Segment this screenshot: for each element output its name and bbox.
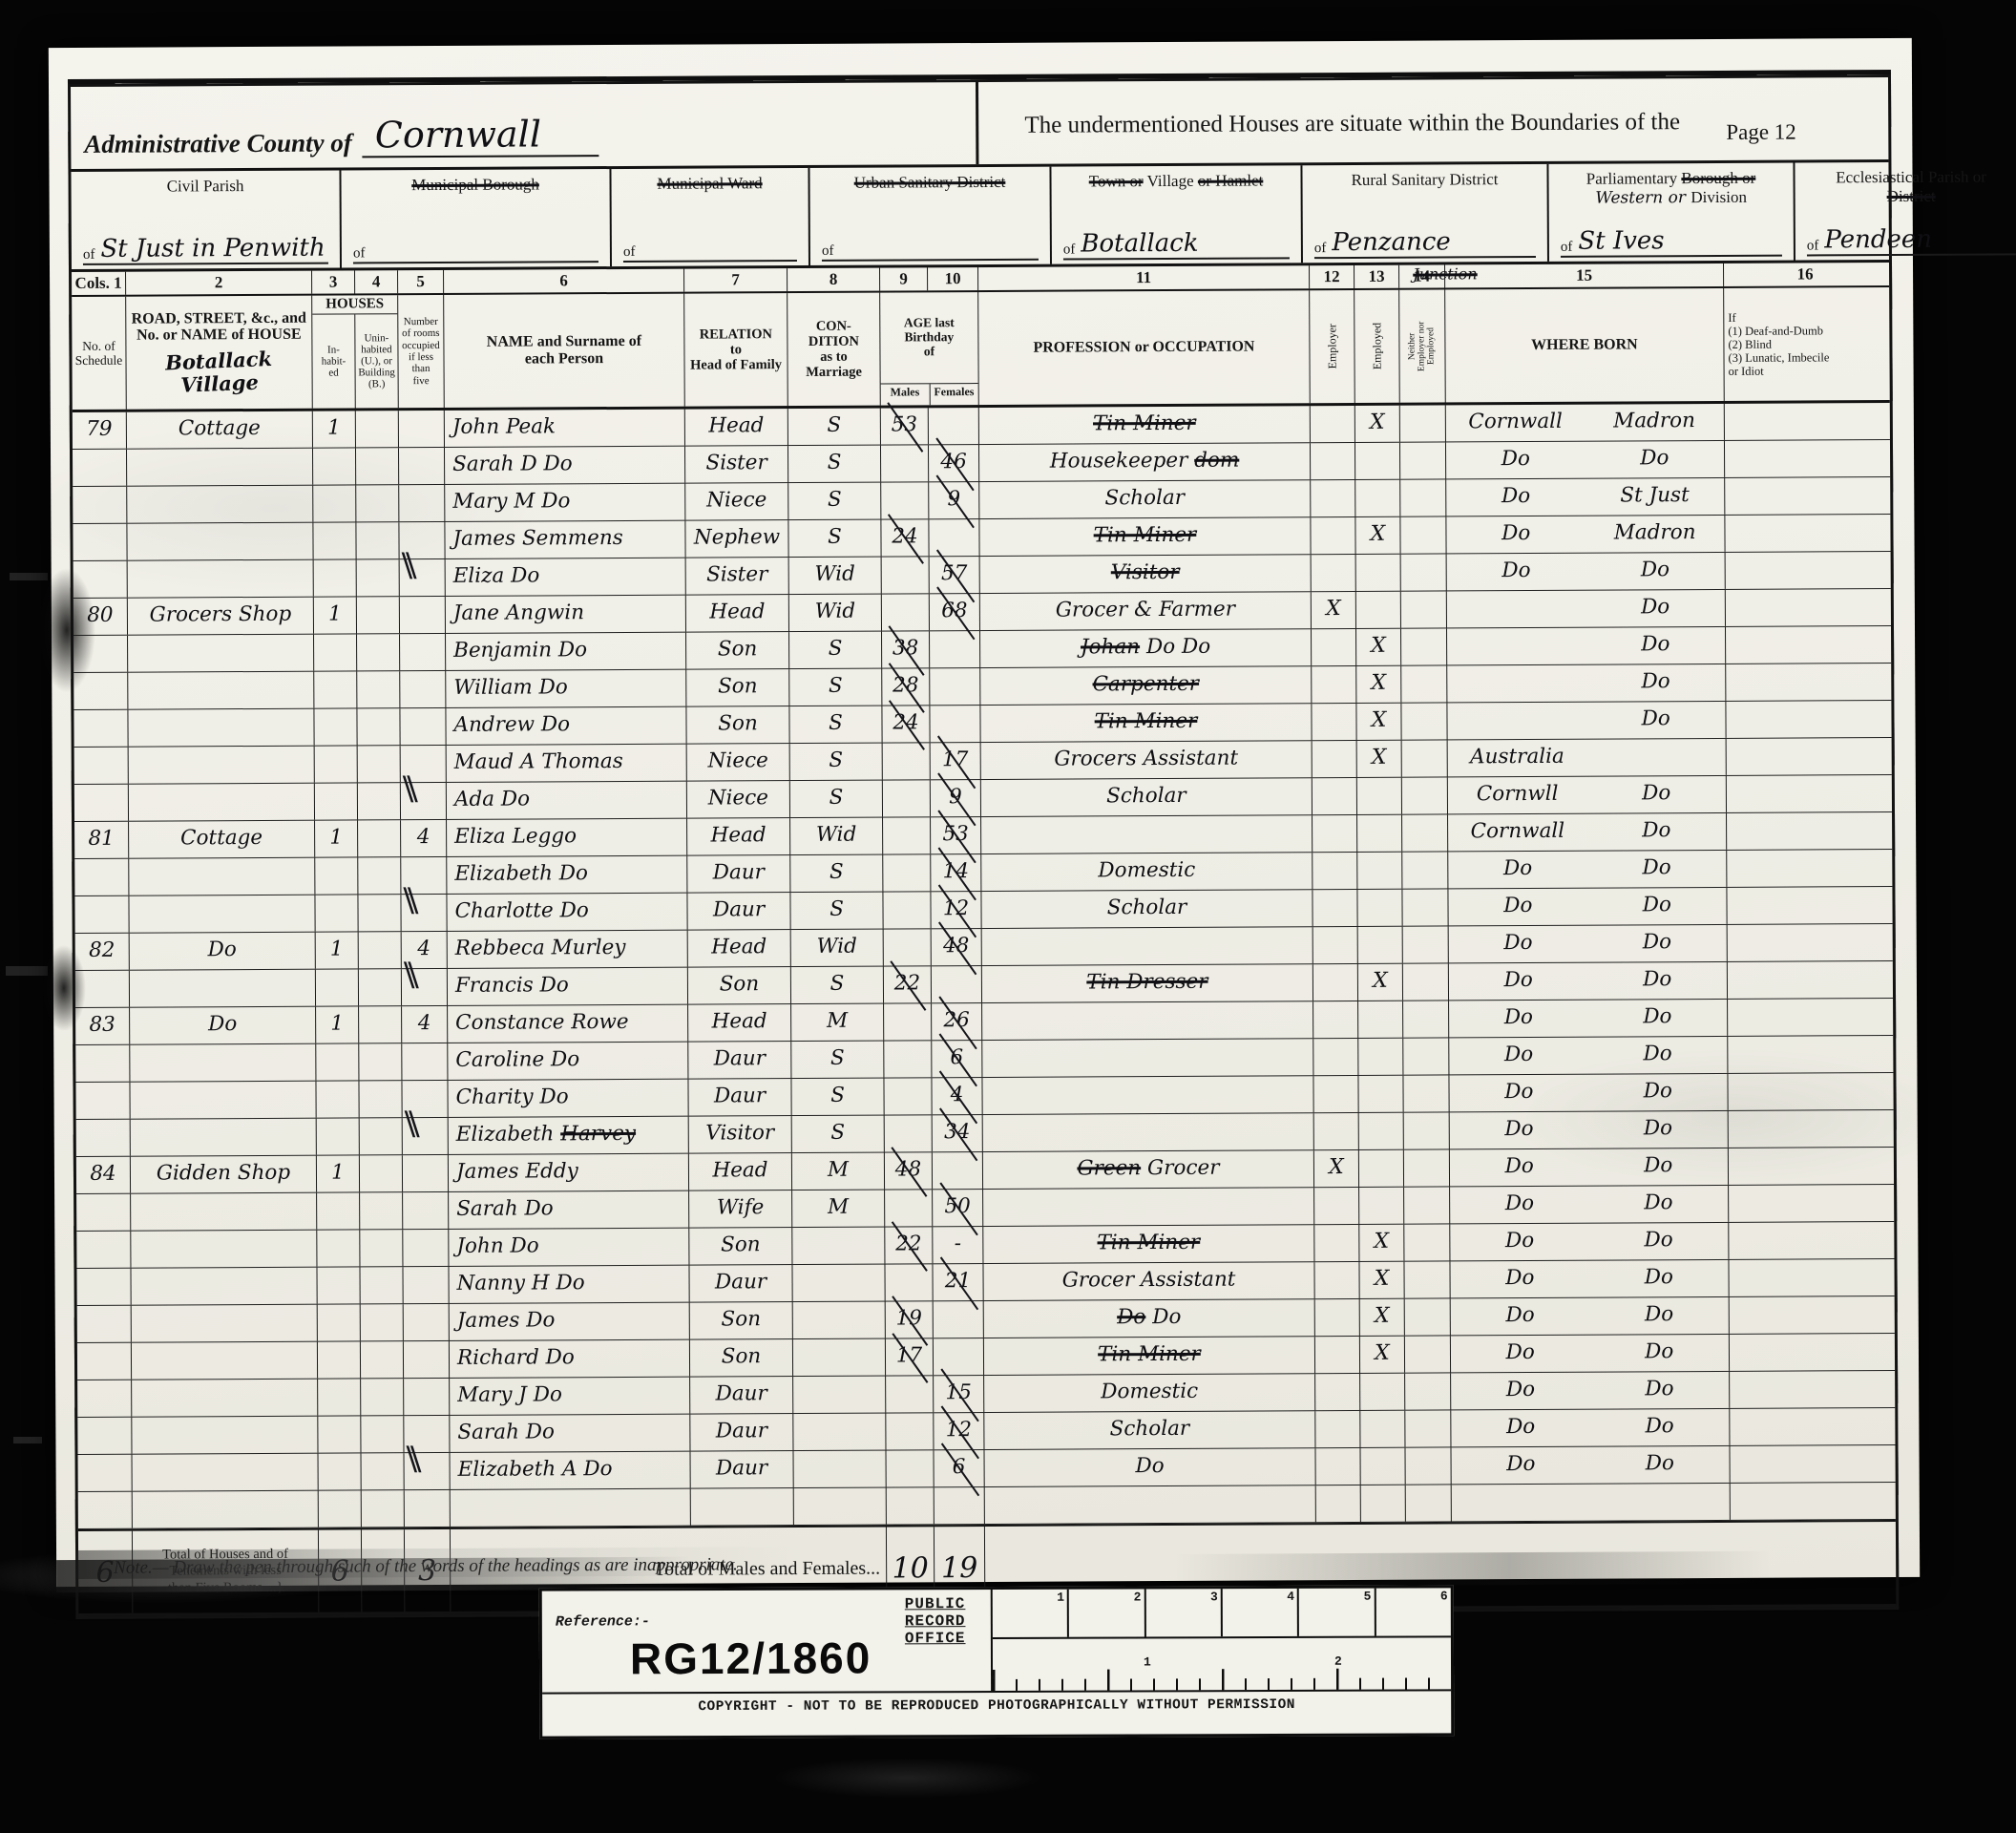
cell-relation: Nephew (685, 520, 788, 558)
cell-uninhabited (360, 1155, 403, 1191)
cell-road: Cottage (127, 411, 313, 449)
cell-employer (1315, 1299, 1360, 1336)
handwritten-text: Sarah D Do (452, 452, 573, 476)
cell-condition: S (788, 409, 881, 446)
cell-road: Grocers Shop (128, 598, 314, 635)
cell-inhabited (318, 1304, 361, 1340)
cell-relation: Son (686, 669, 789, 706)
cell-uninhabited (362, 1453, 405, 1489)
cell-age-female: 6 (934, 1450, 984, 1486)
cell-condition (793, 1339, 886, 1377)
born-county: Do (1450, 1261, 1589, 1298)
cell-condition: S (791, 967, 884, 1004)
cell-road (131, 1193, 317, 1231)
cell-employer (1312, 629, 1356, 665)
ruler-cm-cell: 1 (993, 1590, 1070, 1637)
cell-rooms: 4 (402, 1006, 448, 1043)
cell-condition (794, 1488, 887, 1526)
column-number: 12 (1310, 265, 1354, 288)
cell-road (129, 784, 315, 821)
handwritten-text: Do (1135, 1454, 1164, 1478)
cell-neither (1404, 1261, 1450, 1297)
county-value: Cornwall (362, 113, 598, 158)
cell-occupation: Scholar (981, 890, 1312, 928)
cell-uninhabited (356, 411, 399, 447)
cell-neither (1400, 442, 1446, 478)
cell-rooms: \\ (401, 783, 447, 819)
cell-rooms: 4 (401, 820, 447, 856)
district-box: Parliamentary Borough or Western or Divi… (1548, 163, 1795, 262)
district-label: Town or Village or Hamlet (1059, 171, 1292, 191)
handwritten-text: Do (1146, 635, 1175, 659)
cell-where-born: DoDo (1450, 1111, 1729, 1149)
cell-neither (1404, 1187, 1450, 1223)
cell-employed (1358, 1039, 1403, 1075)
cell-relation: Daur (689, 1265, 792, 1302)
district-label: Urban Sanitary District (817, 173, 1041, 193)
born-place: Do (1586, 776, 1726, 813)
cell-occupation: Tin Miner (979, 406, 1311, 444)
born-county: Do (1449, 926, 1588, 963)
born-county: Do (1450, 1224, 1589, 1261)
born-county: Do (1449, 1001, 1588, 1038)
cell-infirmities (1727, 850, 1889, 887)
district-of-line: of (822, 230, 1039, 262)
cell-inhabited (314, 559, 357, 596)
column-number: 10 (928, 267, 978, 290)
cell-occupation: Carpenter (980, 666, 1312, 705)
district-value: St Just in Penwith (100, 234, 325, 263)
column-number: 11 (978, 265, 1310, 290)
houses-title: HOUSES (312, 295, 397, 314)
of-word: of (623, 244, 636, 261)
handwritten-text: Tin Miner (1093, 411, 1196, 436)
reference-number: RG12/1860 (630, 1632, 871, 1684)
cell-condition: S (789, 706, 882, 744)
cell-schedule (74, 785, 129, 821)
handwritten-text: Mary J Do (457, 1382, 562, 1407)
cell-relation: Niece (687, 781, 790, 818)
cell-employer: X (1314, 1150, 1359, 1187)
handwritten-text: Ada Do (454, 787, 530, 811)
cell-age-male (883, 743, 931, 779)
district-of-line: ofPendeen (1807, 224, 2016, 256)
cell-name: Mary M Do (445, 484, 685, 521)
cell-uninhabited (356, 485, 399, 521)
cell-condition (792, 1265, 885, 1302)
cell-condition (794, 1451, 887, 1488)
district-of-line: ofSt Just in Penwith (83, 234, 328, 265)
ruler-cm-cell: 4 (1223, 1589, 1300, 1636)
cell-condition: Wid (791, 930, 884, 967)
cell-inhabited (315, 783, 358, 819)
cell-name: Elizabeth Harvey (449, 1117, 689, 1154)
cell-occupation: Grocer & Farmer (980, 592, 1312, 630)
cell-relation: Visitor (689, 1116, 792, 1153)
district-of-line: of (623, 231, 797, 263)
handwritten-text: Tin Miner (1094, 523, 1197, 548)
handwritten-text: Sarah Do (456, 1196, 554, 1221)
cell-occupation (982, 1076, 1313, 1114)
district-label-line: Municipal Ward (619, 174, 800, 194)
cell-schedule: 80 (73, 599, 128, 635)
cell-road (132, 1380, 318, 1417)
cell-occupation: Do (984, 1448, 1315, 1486)
cell-employer (1312, 555, 1356, 591)
cell-infirmities (1730, 1445, 1892, 1483)
cell-name: Eliza Leggo (447, 819, 687, 856)
houses-group-header: HOUSES In- habit- ed Unin- habited (U.),… (312, 295, 399, 408)
cell-road (129, 747, 315, 784)
born-place: Do (1587, 851, 1727, 888)
cell-age-male: 53 (881, 408, 929, 444)
cell-condition: Wid (790, 818, 883, 855)
cell-neither (1402, 740, 1448, 776)
cell-relation: Son (689, 1228, 792, 1265)
district-label: Parliamentary Borough or Western or Divi… (1556, 169, 1785, 208)
cell-where-born: DoDo (1451, 1372, 1730, 1410)
cell-occupation: Johan Do Do (980, 629, 1312, 667)
cell-age-male (884, 1003, 932, 1040)
cell-condition: Wid (789, 595, 882, 632)
cell-neither (1403, 963, 1449, 1000)
born-place: Do (1590, 1446, 1730, 1484)
cell-condition (793, 1414, 886, 1451)
cell-name: William Do (446, 670, 686, 707)
cell-age-male (886, 1413, 934, 1449)
cell-neither (1403, 1038, 1449, 1074)
cell-employed (1355, 480, 1400, 516)
born-place: Do (1590, 1372, 1730, 1409)
ruler-cm-row: 123456 (993, 1588, 1451, 1638)
cell-condition: M (792, 1153, 885, 1190)
cell-relation: Daur (688, 1079, 791, 1116)
cell-neither (1401, 628, 1447, 664)
cell-road (129, 895, 315, 933)
born-place: Do (1587, 813, 1727, 851)
cell-uninhabited (360, 1267, 403, 1303)
cell-condition: S (788, 483, 881, 520)
cell-age-male (886, 1450, 934, 1486)
cell-employed: X (1360, 1337, 1405, 1373)
cell-inhabited: 1 (317, 1155, 360, 1191)
household-end-mark: \\ (402, 548, 410, 582)
cell-name: Charlotte Do (447, 894, 687, 931)
district-label-line: Municipal Borough (349, 175, 602, 195)
cell-employed (1357, 853, 1402, 889)
cell-where-born: DoDo (1450, 1186, 1729, 1224)
cell-infirmities (1728, 999, 1890, 1036)
cell-age-female: 21 (933, 1264, 983, 1300)
cell-uninhabited (359, 1081, 402, 1117)
cell-infirmities (1729, 1185, 1891, 1222)
cell-age-male (884, 1041, 932, 1077)
cell-schedule: 82 (75, 934, 130, 970)
handwritten-text: Village (1147, 172, 1194, 190)
handwritten-text: Grocers Assistant (1054, 747, 1238, 771)
handwritten-text: Andrew Do (453, 712, 570, 737)
of-word: of (1561, 240, 1573, 256)
handwritten-text: Tin Dresser (1086, 970, 1207, 995)
cell-road (130, 1044, 316, 1082)
cell-infirmities (1728, 961, 1890, 999)
of-word: of (1063, 242, 1076, 258)
ruler-cm-cell: 3 (1145, 1589, 1223, 1636)
cell-road (127, 486, 313, 523)
cell-age-male (883, 817, 931, 853)
cell-schedule (73, 673, 128, 709)
col-name-header: NAME and Surname of each Person (444, 294, 685, 408)
column-number: 16 (1724, 263, 1886, 286)
handwritten-text: Benjamin Do (453, 638, 587, 663)
col-whereborn-header: WHERE BORN (1445, 288, 1725, 403)
road-header-label: ROAD, STREET, &c., and No. or NAME of HO… (132, 309, 306, 345)
district-label-line: Ecclesiastical Parish or (1802, 167, 2016, 187)
cell-neither (1405, 1298, 1451, 1335)
cell-neither (1402, 777, 1448, 813)
cell-employed (1357, 890, 1402, 926)
column-number: 2 (126, 271, 312, 295)
col-condition-header: CON- DITION as to Marriage (787, 293, 881, 407)
handwritten-text: Civil Parish (167, 177, 244, 195)
born-county: Do (1446, 442, 1585, 479)
cell-occupation: Tin Dresser (982, 964, 1313, 1002)
handwritten-text: Municipal Ward (657, 174, 762, 193)
district-box: Ecclesiastical Parish or District ofPend… (1795, 161, 2016, 260)
cell-employed (1360, 1374, 1405, 1410)
col-uninhabited-header: Unin- habited (U.), or Building (B.) (355, 314, 398, 408)
cell-employer (1312, 666, 1356, 703)
handwritten-text: Visitor (1111, 560, 1180, 584)
cell-occupation: Scholar (981, 778, 1312, 816)
cell-schedule (74, 748, 129, 784)
cell-inhabited (314, 634, 357, 670)
cell-infirmities (1729, 1148, 1891, 1185)
cell-inhabited: 1 (313, 411, 356, 447)
cell-rooms (404, 1341, 450, 1378)
cell-employer (1315, 1448, 1360, 1485)
cell-age-female (930, 668, 980, 705)
cell-employed: X (1359, 1262, 1404, 1298)
column-number: 13 (1354, 265, 1399, 288)
cell-road (127, 523, 313, 560)
born-place: Do (1589, 1223, 1729, 1260)
handwritten-text: Tin Miner (1098, 1342, 1201, 1367)
cell-name: James Do (450, 1303, 690, 1340)
cell-uninhabited (358, 857, 401, 894)
handwritten-text: Eliza Leggo (454, 824, 577, 849)
cell-condition (793, 1302, 886, 1339)
film-scratch (13, 1437, 42, 1443)
cell-neither (1400, 405, 1446, 441)
district-label-line: Parliamentary Borough or (1556, 169, 1785, 189)
cell-infirmities (1727, 738, 1889, 775)
cell-schedule (73, 487, 127, 523)
cell-employer (1312, 815, 1357, 852)
district-value: Pendeen (1824, 225, 1932, 255)
cell-name: Constance Rowe (448, 1005, 688, 1043)
handwritten-text: Elizabeth (456, 1122, 555, 1147)
born-place: Do (1588, 1074, 1728, 1111)
cell-neither (1403, 926, 1449, 962)
cell-where-born: DoSt Just (1446, 478, 1725, 516)
cell-condition: S (791, 1042, 884, 1079)
cell-name: Elizabeth Do (447, 856, 687, 894)
cell-name: Eliza Do (446, 558, 686, 596)
handwritten-text: Urban Sanitary District (854, 173, 1006, 192)
handwritten-text: Tin Miner (1095, 709, 1198, 734)
cell-relation: Daur (690, 1377, 793, 1414)
born-place: Do (1588, 1037, 1728, 1074)
cell-rooms (399, 411, 445, 447)
cell-where-born: DoDo (1449, 962, 1728, 1001)
cell-age-male (884, 1078, 932, 1114)
born-county: Do (1448, 852, 1587, 889)
cell-inhabited (317, 1118, 360, 1154)
cell-rooms (403, 1267, 449, 1303)
cell-relation: Daur (688, 1042, 791, 1079)
born-county (1447, 591, 1586, 628)
cell-age-male: 24 (882, 706, 930, 742)
handwritten-text: Sarah Do (457, 1420, 555, 1444)
cell-name: Mary J Do (450, 1378, 690, 1415)
cell-employer (1313, 927, 1358, 963)
cell-age-male (887, 1487, 934, 1524)
cell-schedule (76, 1232, 131, 1268)
cell-name: Caroline Do (448, 1043, 688, 1080)
cell-inhabited (318, 1379, 361, 1415)
born-county (1447, 628, 1586, 665)
born-place: Do (1588, 1111, 1728, 1148)
born-place: Do (1585, 441, 1724, 478)
cell-age-female: 68 (930, 594, 980, 630)
cell-name: Jane Angwin (446, 596, 686, 633)
cell-schedule (77, 1306, 132, 1342)
ruler-inch-number: 2 (1334, 1654, 1342, 1669)
cell-employed (1359, 1113, 1404, 1149)
cell-relation: Niece (685, 483, 788, 520)
cell-rooms (405, 1490, 451, 1527)
cell-rooms (404, 1304, 450, 1340)
cell-uninhabited (362, 1490, 405, 1527)
district-label: Civil Parish (79, 177, 332, 197)
district-box: Urban Sanitary District of (809, 167, 1052, 265)
cell-schedule (77, 1418, 132, 1454)
district-label: Ecclesiastical Parish or District (1802, 167, 2016, 205)
cell-employed: X (1355, 517, 1400, 554)
handwritten-text: Green (1077, 1156, 1141, 1180)
born-place: Do (1587, 888, 1727, 925)
cell-infirmities (1728, 1036, 1890, 1073)
household-end-mark: \\ (406, 1442, 414, 1476)
cell-age-male (883, 854, 931, 891)
cell-rooms: \\ (401, 895, 447, 931)
born-county: Do (1451, 1298, 1590, 1336)
cell-road (133, 1491, 319, 1528)
cell-road (131, 1231, 317, 1268)
handwritten-text: Rebbeca Murley (455, 936, 626, 960)
cell-infirmities (1730, 1371, 1892, 1408)
cell-road (132, 1417, 318, 1454)
cell-road (127, 449, 313, 486)
cell-rooms (399, 448, 445, 484)
born-place: Do (1585, 627, 1725, 664)
ruler-inch-row: 12 (993, 1637, 1451, 1691)
district-label-line: District (1803, 186, 2016, 206)
cell-road (128, 635, 314, 672)
born-county: Cornwall (1446, 405, 1585, 442)
cell-age-female: 34 (933, 1115, 983, 1151)
cell-uninhabited (358, 820, 401, 856)
cell-name: Andrew Do (446, 707, 686, 745)
cell-employed: X (1356, 704, 1401, 740)
cell-neither (1406, 1485, 1452, 1521)
cell-condition: S (789, 632, 882, 669)
born-county: Do (1449, 963, 1588, 1001)
cell-condition (793, 1377, 886, 1414)
handwritten-text: Mary M Do (452, 489, 570, 514)
cell-uninhabited (358, 746, 401, 782)
cell-occupation: Grocer Assistant (983, 1262, 1314, 1300)
of-word: of (822, 243, 834, 260)
cell-rooms (400, 597, 446, 633)
cell-relation: Daur (687, 893, 790, 930)
cell-uninhabited (357, 597, 400, 633)
born-place: Do (1589, 1186, 1729, 1223)
handwritten-text: Elizabeth A Do (458, 1457, 613, 1482)
cell-name: Richard Do (450, 1340, 690, 1378)
col-rooms-header: Number of rooms occupied if less than fi… (398, 295, 445, 408)
cell-employer (1314, 1262, 1359, 1298)
cell-employer (1311, 480, 1355, 516)
column-number: 8 (787, 268, 880, 292)
district-value: St Ives (1578, 226, 1664, 255)
cell-occupation (982, 927, 1313, 965)
cell-schedule (75, 1045, 130, 1082)
pro-office-title: PUBLIC RECORD OFFICE (905, 1595, 991, 1647)
cell-relation (691, 1488, 794, 1526)
cell-where-born: Do (1447, 590, 1726, 628)
handwritten-text: James Semmens (452, 526, 622, 551)
cell-employed: X (1358, 964, 1403, 1001)
cell-inhabited: 1 (315, 820, 358, 856)
cell-uninhabited (361, 1304, 404, 1340)
cell-road (128, 560, 314, 598)
cell-age-female (930, 631, 980, 667)
cell-schedule: 79 (73, 412, 127, 449)
handwritten-text: Harvey (560, 1122, 636, 1146)
cell-relation: Head (687, 818, 790, 855)
cell-infirmities (1728, 1073, 1890, 1110)
cell-employed (1357, 815, 1402, 852)
cell-infirmities (1731, 1483, 1893, 1520)
cell-age-male (883, 780, 931, 816)
cell-inhabited (317, 1230, 360, 1266)
cell-uninhabited (358, 783, 401, 819)
born-county: Australia (1448, 740, 1587, 777)
handwritten-text: Rural Sanitary District (1352, 170, 1499, 189)
cell-uninhabited (357, 634, 400, 670)
district-annotation: Western or (1595, 188, 1690, 208)
cell-inhabited (314, 708, 357, 745)
handwritten-text: Grocer (1147, 1156, 1220, 1180)
cell-employer (1315, 1337, 1360, 1373)
col-infirmities-header: If (1) Deaf-and-Dumb (2) Blind (3) Lunat… (1724, 287, 1887, 401)
born-place: Do (1588, 1148, 1728, 1186)
cell-neither (1402, 889, 1448, 925)
cell-where-born: DoDo (1451, 1446, 1730, 1485)
cell-employer: X (1312, 592, 1356, 628)
